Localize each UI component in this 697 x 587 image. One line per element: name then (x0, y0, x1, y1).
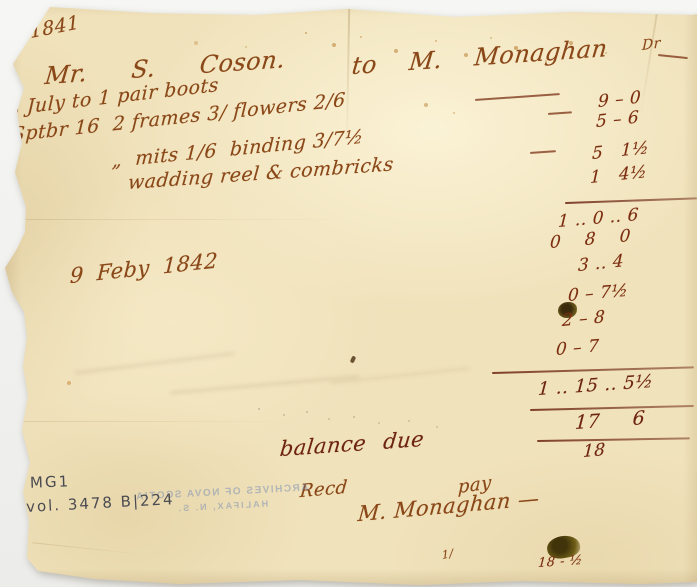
ghost-stroke (75, 353, 234, 374)
ink-speckles-top (305, 32, 307, 34)
crease-bottom-left (32, 542, 142, 554)
column-amount: 3 .. 4 (578, 251, 625, 276)
crease-horizontal-lowerleft (4, 421, 304, 422)
filler-dash (475, 93, 560, 101)
paper-sheet: 1841 Mr. S. Coson. to M. Monaghan Dr 3 J… (0, 0, 697, 587)
crease-corner-topright (639, 9, 658, 118)
pencil-reference-line1: MG1 (30, 472, 71, 491)
crease-horizontal-left (6, 219, 356, 220)
dr-abbreviation: Dr (642, 35, 661, 54)
item-amount: 5 1½ (592, 138, 650, 164)
sum-rule-top (565, 197, 697, 204)
subtotal-rule (492, 366, 694, 374)
column-amount: 2 – 8 (561, 307, 605, 331)
dark-speck (350, 355, 357, 363)
debtor-to-merchant: to M. Monaghan (351, 34, 610, 80)
item-amount: 5 – 6 (596, 107, 640, 132)
footer-amount: 18 - ½ (537, 553, 583, 571)
balance-due-label: balance due (279, 427, 426, 461)
ghost-stroke (170, 375, 359, 394)
balance-amount: 18 (582, 440, 606, 462)
year-note: 1841 (29, 11, 80, 43)
signature: M. Monaghan — (357, 486, 541, 526)
filler-dash (548, 111, 572, 115)
column-amount: 0 – 7½ (567, 281, 628, 306)
scanned-receipt: 1841 Mr. S. Coson. to M. Monaghan Dr 3 J… (0, 0, 697, 587)
balance-rule (537, 437, 690, 442)
total-amount: 17 6 (574, 407, 646, 434)
paper-shadow: 1841 Mr. S. Coson. to M. Monaghan Dr 3 J… (0, 0, 697, 587)
dr-flourish (658, 54, 688, 59)
column-amount: 0 – 7 (555, 336, 599, 360)
item-amount: 1 4½ (590, 162, 648, 188)
subtotal-amount: 1 .. 15 .. 5½ (537, 371, 654, 400)
gray-dot-trail (258, 408, 260, 410)
small-mark: 1/ (442, 547, 454, 563)
date-note: 9 Feby 1842 (69, 248, 218, 288)
filler-dash (530, 150, 556, 154)
